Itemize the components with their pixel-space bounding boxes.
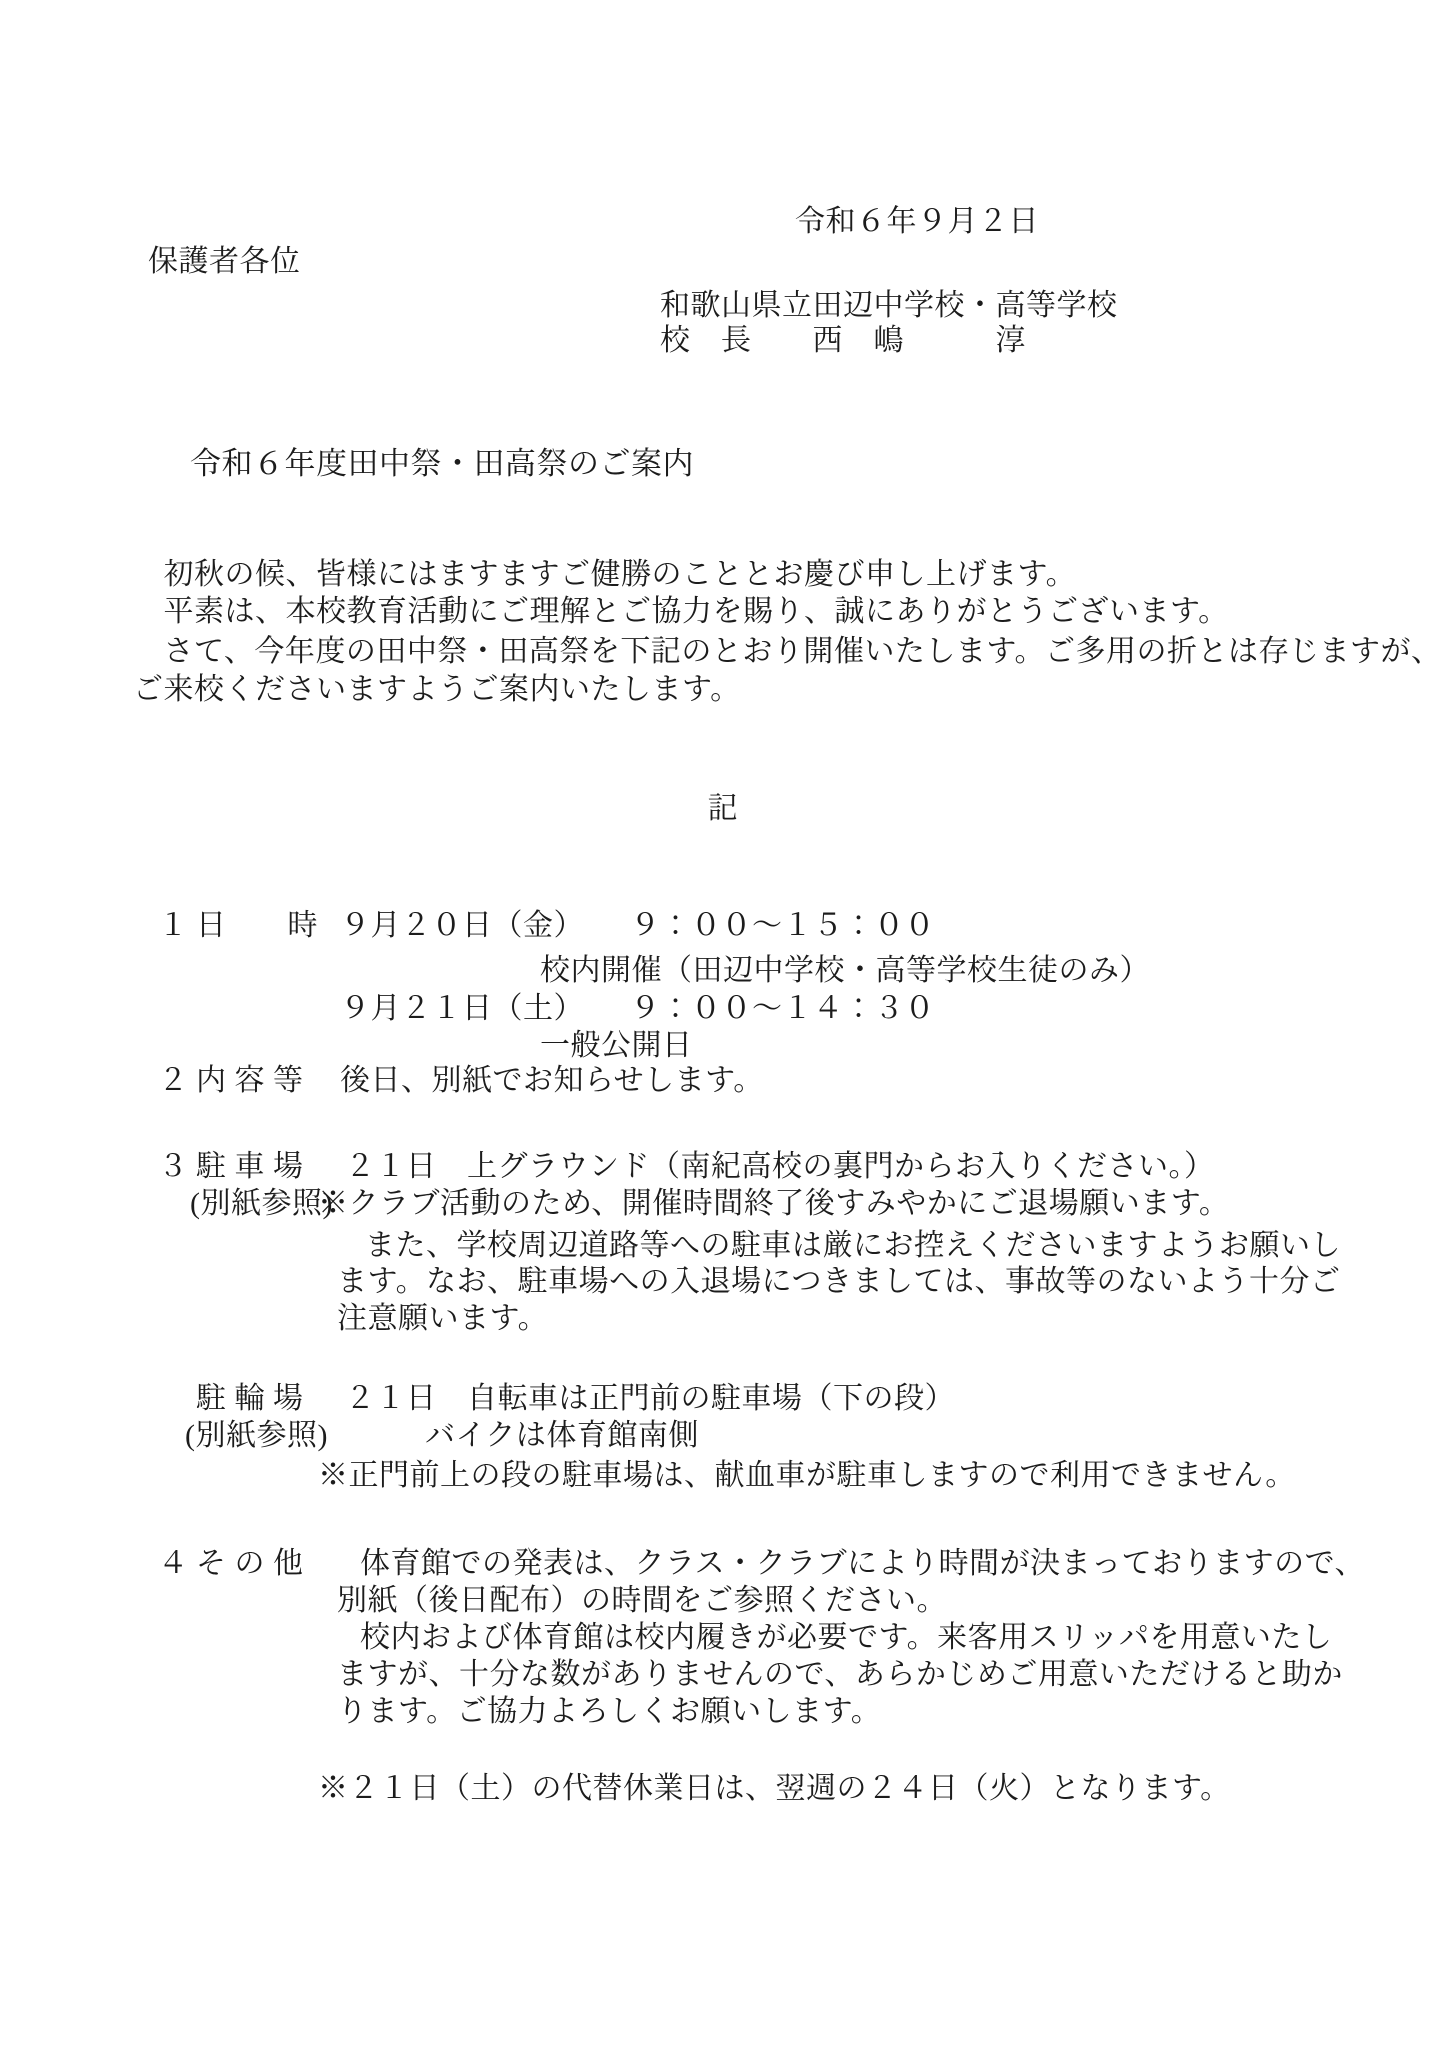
greeting-line: ご来校くださいますようご案内いたします。: [133, 671, 741, 709]
greeting-line: さて、今年度の田中祭・田高祭を下記のとおり開催いたします。ご多用の折とは存じます…: [133, 633, 1442, 671]
item3-note4: 注意願います。: [337, 1300, 548, 1338]
recipient: 保護者各位: [148, 243, 301, 281]
bicycle-ref: (別紙参照): [185, 1417, 328, 1455]
item3-number: ３: [158, 1148, 189, 1186]
bicycle-line1: ２１日 自転車は正門前の駐車場（下の段）: [345, 1380, 955, 1418]
item3-line1: ２１日 上グラウンド（南紀高校の裏門からお入りください。）: [345, 1148, 1215, 1186]
item1-number: １: [158, 907, 189, 945]
item4-note: ※２１日（土）の代替休業日は、翌週の２４日（火）となります。: [318, 1770, 1231, 1808]
item4-line4: ますが、十分な数がありませんので、あらかじめご用意いただけると助か: [337, 1656, 1343, 1694]
item3-label: 駐 車 場: [196, 1148, 304, 1186]
item1-schedule1-note: 校内開催（田辺中学校・高等学校生徒のみ）: [540, 952, 1150, 990]
item3-note3: ます。なお、駐車場への入退場につきましては、事故等のないよう十分ご: [337, 1263, 1341, 1301]
document-title: 令和６年度田中祭・田高祭のご案内: [190, 445, 694, 484]
item2-label: 内 容 等: [196, 1062, 304, 1100]
sender-principal: 校 長 西 嶋 淳: [660, 322, 1026, 360]
record-marker: 記: [133, 790, 1313, 828]
bicycle-label: 駐 輪 場: [196, 1380, 304, 1418]
item3-ref: (別紙参照): [190, 1185, 333, 1223]
item4-line2: 別紙（後日配布）の時間をご参照ください。: [337, 1582, 947, 1620]
item4-label: そ の 他: [196, 1545, 304, 1583]
item4-line5: ります。ご協力よろしくお願いします。: [337, 1693, 881, 1731]
item1-label: 日 時: [196, 907, 318, 945]
item3-note1: ※クラブ活動のため、開催時間終了後すみやかにご退場願います。: [318, 1185, 1229, 1223]
item2-text: 後日、別紙でお知らせします。: [340, 1062, 764, 1100]
sender-school: 和歌山県立田辺中学校・高等学校: [660, 287, 1118, 325]
item2-number: ２: [158, 1062, 189, 1100]
item1-schedule2: ９月２１日（土） ９：００～１４：３０: [340, 990, 935, 1028]
document-date: 令和６年９月２日: [795, 203, 1039, 241]
greeting-line: 平素は、本校教育活動にご理解とご協力を賜り、誠にありがとうございます。: [133, 593, 1229, 631]
document-page: 令和６年９月２日 保護者各位 和歌山県立田辺中学校・高等学校 校 長 西 嶋 淳…: [0, 0, 1448, 2048]
item4-line1: 体育館での発表は、クラス・クラブにより時間が決まっておりますので、: [360, 1545, 1365, 1583]
item1-schedule1: ９月２０日（金） ９：００～１５：００: [340, 907, 935, 945]
bicycle-line2: バイクは体育館南側: [425, 1417, 699, 1455]
item1-schedule2-note: 一般公開日: [540, 1027, 693, 1065]
item4-number: ４: [158, 1545, 189, 1583]
greeting-line: 初秋の候、皆様にはますますご健勝のこととお慶び申し上げます。: [133, 556, 1076, 594]
bicycle-note: ※正門前上の段の駐車場は、献血車が駐車しますので利用できません。: [318, 1457, 1296, 1495]
item4-line3: 校内および体育館は校内履きが必要です。来客用スリッパを用意いたし: [360, 1619, 1332, 1657]
item3-note2: また、学校周辺道路等への駐車は厳にお控えくださいますようお願いし: [365, 1227, 1341, 1265]
